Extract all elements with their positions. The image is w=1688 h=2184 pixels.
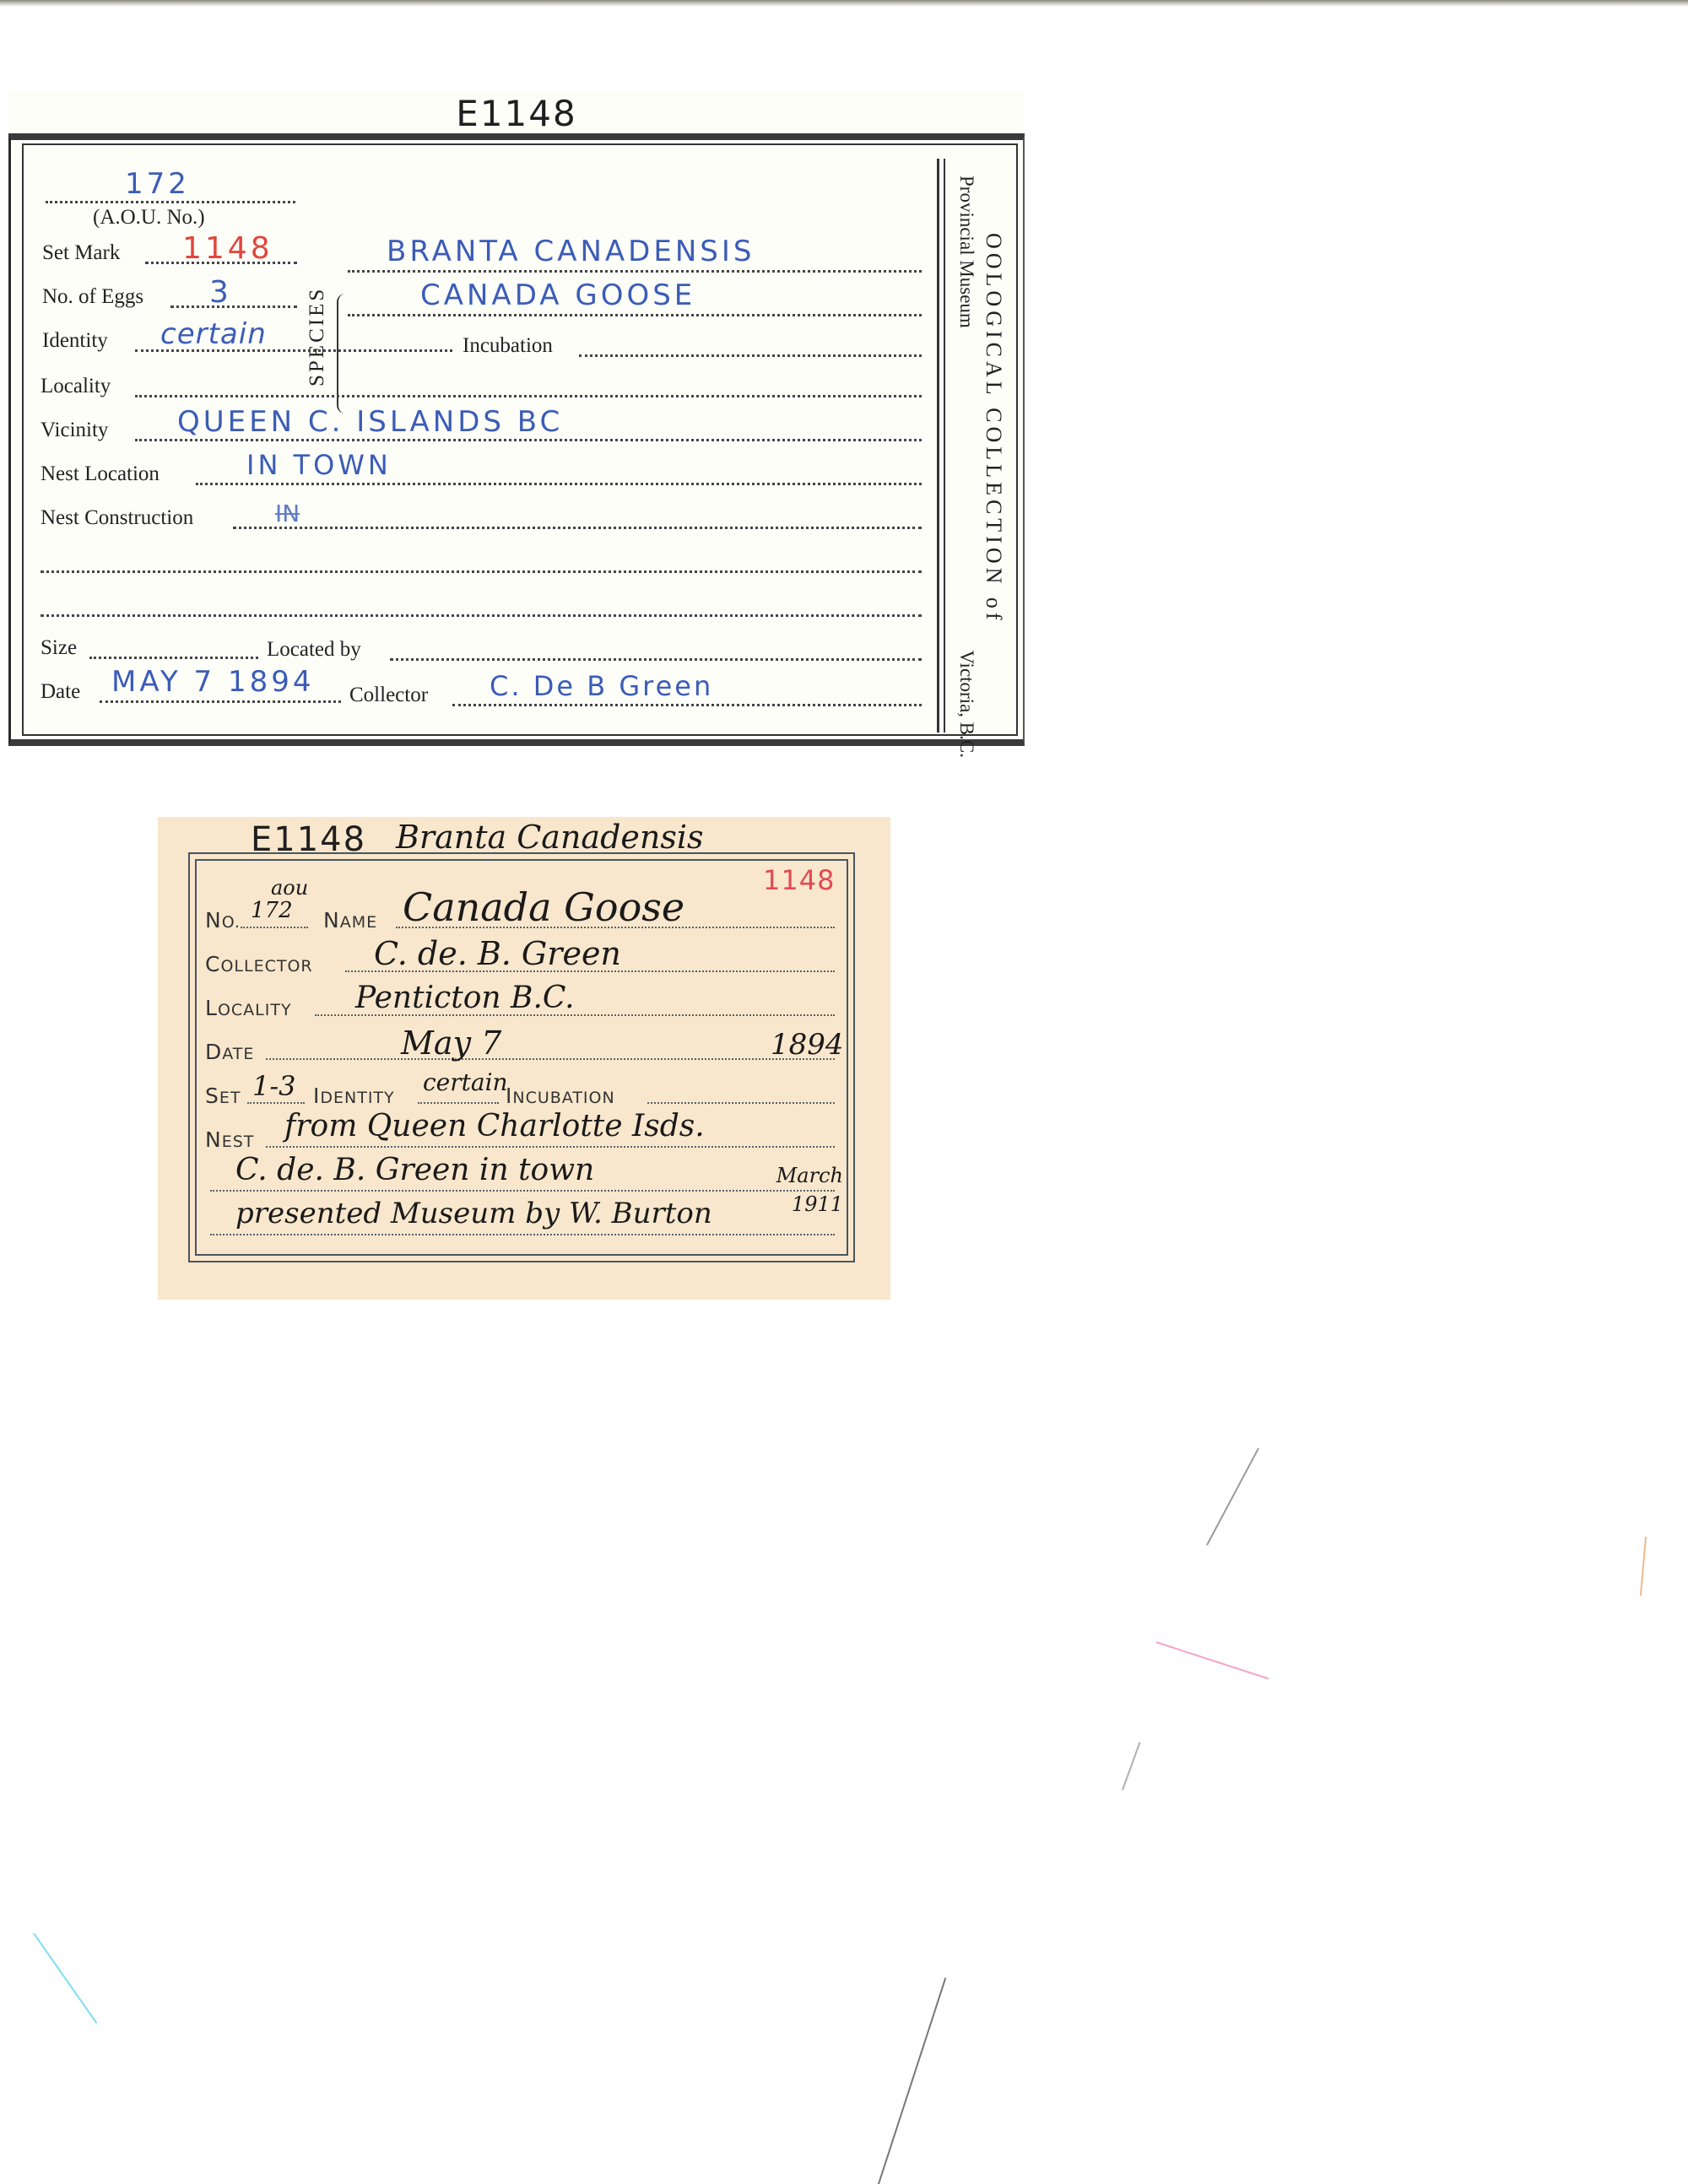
aou-number-label: (A.O.U. No.) bbox=[93, 206, 205, 230]
identity-label: Identity bbox=[42, 329, 108, 353]
nest-line-3 bbox=[210, 1234, 835, 1235]
nest-note-date: March 1911 bbox=[776, 1161, 843, 1219]
scan-mark bbox=[33, 1933, 97, 2024]
date-label: Date bbox=[41, 680, 80, 704]
collector-value: C. de. B. Green bbox=[374, 935, 621, 972]
collector-label: COLLECTOR bbox=[205, 952, 313, 976]
set-mark-stamp: 1148 bbox=[763, 864, 835, 896]
species-label: SPECIES bbox=[306, 287, 329, 387]
vicinity-value: QUEEN C. ISLANDS BC bbox=[177, 405, 563, 439]
species-scientific-value: BRANTA CANADENSIS bbox=[387, 235, 755, 268]
side-title: OOLOGICAL COLLECTION of bbox=[981, 233, 1006, 790]
collector-label: Collector bbox=[349, 684, 428, 707]
nest-line-2 bbox=[210, 1190, 835, 1192]
scan-mark bbox=[1640, 1537, 1647, 1596]
side-subtitle: Provincial Museum Victoria, B.C. bbox=[955, 176, 977, 758]
nest-note-line-3: presented Museum by W. Burton bbox=[235, 1197, 712, 1230]
date-line bbox=[266, 1058, 835, 1060]
located-by-line bbox=[390, 658, 922, 661]
no-of-eggs-line bbox=[170, 305, 297, 308]
nest-note-line-1: from Queen Charlotte Isds. bbox=[284, 1109, 705, 1143]
locality-value: Penticton B.C. bbox=[355, 981, 575, 1015]
museum-name: Provincial Museum bbox=[955, 176, 977, 328]
scan-mark bbox=[1206, 1448, 1259, 1546]
collector-line bbox=[452, 704, 922, 706]
scan-mark bbox=[1156, 1641, 1269, 1679]
museum-egg-label-card: E1148 Branta Canadensis 1148 aou NO. 172… bbox=[158, 817, 890, 1300]
size-line bbox=[89, 657, 258, 659]
scan-mark bbox=[1122, 1742, 1140, 1790]
date-label: DATE bbox=[205, 1040, 254, 1064]
date-line bbox=[100, 700, 341, 703]
locality-line bbox=[135, 395, 922, 397]
no-of-eggs-value: 3 bbox=[209, 275, 232, 310]
nest-note-line-2: C. de. B. Green in town bbox=[235, 1153, 594, 1187]
species-heading: Branta Canadensis bbox=[396, 819, 704, 856]
set-label: SET bbox=[205, 1084, 241, 1108]
set-line bbox=[247, 1102, 305, 1104]
aou-number-line bbox=[46, 201, 295, 203]
located-by-label: Located by bbox=[267, 638, 361, 662]
locality-label: Locality bbox=[41, 375, 111, 398]
oological-collection-card: E1148 OOLOGICAL COLLECTION of Provincial… bbox=[8, 91, 1025, 746]
identity-line bbox=[418, 1102, 499, 1104]
identity-value: certain bbox=[423, 1068, 508, 1096]
no-of-eggs-label: No. of Eggs bbox=[42, 285, 143, 309]
incubation-line bbox=[647, 1102, 835, 1104]
scan-mark bbox=[877, 1977, 946, 2184]
no-value: 172 bbox=[251, 898, 293, 923]
no-line bbox=[241, 927, 308, 928]
nest-construction-label: Nest Construction bbox=[41, 506, 193, 530]
aou-annotation: aou bbox=[271, 876, 308, 900]
date-value: May 7 bbox=[401, 1024, 501, 1062]
date-value: MAY 7 1894 bbox=[111, 665, 315, 699]
scan-edge bbox=[0, 0, 1688, 7]
identity-label: IDENTITY bbox=[313, 1084, 395, 1108]
vicinity-label: Vicinity bbox=[41, 419, 108, 442]
no-label: NO. bbox=[205, 908, 241, 933]
identity-value: certain bbox=[160, 317, 267, 351]
species-common-line bbox=[348, 314, 922, 316]
blank-line bbox=[41, 570, 922, 573]
incubation-label: INCUBATION bbox=[506, 1084, 615, 1108]
set-mark-value: 1148 bbox=[182, 231, 273, 266]
incubation-label: Incubation bbox=[463, 334, 553, 358]
set-mark-label: Set Mark bbox=[42, 241, 120, 265]
collector-value: C. De B Green bbox=[490, 670, 713, 702]
nest-location-label: Nest Location bbox=[41, 462, 160, 486]
locality-label: LOCALITY bbox=[205, 996, 292, 1020]
species-scientific-line bbox=[348, 270, 922, 273]
nest-line-1 bbox=[266, 1146, 835, 1148]
nest-location-line bbox=[196, 483, 922, 485]
side-rule bbox=[944, 159, 945, 733]
name-label: NAME bbox=[323, 908, 377, 933]
size-label: Size bbox=[41, 636, 77, 660]
aou-number-value: 172 bbox=[125, 167, 190, 201]
incubation-line bbox=[579, 354, 922, 357]
museum-location: Victoria, B.C. bbox=[955, 650, 977, 758]
species-common-value: CANADA GOOSE bbox=[420, 278, 695, 312]
nest-construction-line bbox=[233, 527, 922, 529]
nest-location-value: IN TOWN bbox=[246, 449, 392, 481]
side-rule bbox=[937, 159, 939, 733]
catalog-number: E1148 bbox=[8, 93, 1025, 134]
nest-label: NEST bbox=[205, 1127, 254, 1152]
vicinity-line bbox=[135, 439, 922, 441]
set-value: 1-3 bbox=[252, 1070, 296, 1102]
name-value: Canada Goose bbox=[403, 884, 684, 930]
blank-line bbox=[41, 614, 922, 617]
nest-construction-value: IN bbox=[275, 500, 300, 527]
date-year: 1894 bbox=[771, 1028, 844, 1062]
